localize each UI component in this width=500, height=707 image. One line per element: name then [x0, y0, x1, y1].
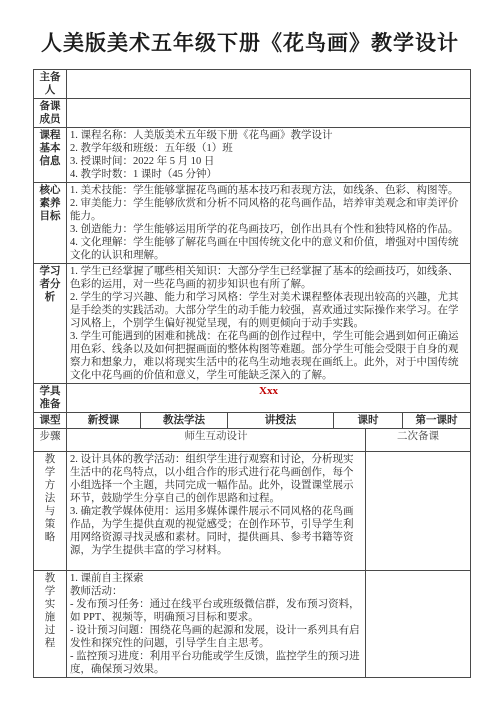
implementation-content: 1. 课前自主探索 教师活动： - 发布预习任务：通过在线平台或班级微信群，发布… [67, 571, 366, 678]
materials-placeholder-value: Xxx [259, 385, 278, 397]
core-goal-item: 4. 文化理解：学生能够了解花鸟画在中国传统文化中的意义和价值，增强对中国传统文… [70, 236, 467, 262]
table-row-course-info: 课程 基本 信息 1. 课程名称：人美版美术五年级下册《花鸟画》教学设计 2. … [34, 128, 471, 183]
teaching-methods-second-prep-cell [366, 452, 471, 571]
implementation-second-prep-cell [366, 571, 471, 678]
course-info-line: 4. 教学时数：1 课时（45 分钟） [70, 168, 467, 181]
period-label: 课时 [334, 413, 403, 429]
course-type-label: 课型 [34, 413, 67, 429]
period-value: 第一课时 [403, 413, 471, 429]
teaching-methods-content: 2. 设计具体的教学活动：组织学生进行观察和讨论，分析现实生活中的花鸟特点，以小… [67, 452, 366, 571]
table-row-teaching-methods: 教 学 方 法 与 策 略 2. 设计具体的教学活动：组织学生进行观察和讨论，分… [34, 452, 471, 571]
second-prep-header: 二次备课 [366, 429, 471, 452]
core-goal-item: 2. 审美能力：学生能够欣赏和分析不同风格的花鸟画作品，培养审美观念和审美评价能… [70, 197, 467, 223]
core-goal-item: 1. 美术技能：学生能够掌握花鸟画的基本技巧和表现方法，如线条、色彩、构图等。 [70, 184, 467, 197]
prep-members-value [67, 99, 471, 128]
materials-label: 学具 准备 [34, 384, 67, 413]
table-row-implementation: 教 学 实 施 过 程 1. 课前自主探索 教师活动： - 发布预习任务：通过在… [34, 571, 471, 678]
lesson-plan-table: 主备人 备课 成员 课程 基本 信息 1. 课程名称：人美版美术五年级下册《花鸟… [33, 69, 471, 678]
table-row-prep-members: 备课 成员 [34, 99, 471, 128]
prep-members-label: 备课 成员 [34, 99, 67, 128]
learner-analysis-content: 1. 学生已经掌握了哪些相关知识：大部分学生已经掌握了基本的绘画技巧，如线条、色… [67, 264, 471, 384]
interaction-design-header: 师生互动设计 [67, 429, 366, 452]
core-goals-content: 1. 美术技能：学生能够掌握花鸟画的基本技巧和表现方法，如线条、色彩、构图等。 … [67, 183, 471, 264]
learner-analysis-item: 1. 学生已经掌握了哪些相关知识：大部分学生已经掌握了基本的绘画技巧，如线条、色… [70, 265, 467, 291]
page-title: 人美版美术五年级下册《花鸟画》教学设计 [10, 30, 490, 56]
table-row-course-type: 课型 新授课 教法学法 讲授法 课时 第一课时 [34, 413, 471, 429]
table-row-core-goals: 核心 素养 目标 1. 美术技能：学生能够掌握花鸟画的基本技巧和表现方法，如线条… [34, 183, 471, 264]
document-page: 人美版美术五年级下册《花鸟画》教学设计 主备人 备课 成员 课程 基本 信息 1… [0, 0, 500, 707]
implementation-bullet: - 监控预习进度：利用平台功能或学生反馈，监控学生的预习进度，确保预习效果。 [70, 650, 362, 676]
table-row-lead-preparer: 主备人 [34, 70, 471, 99]
teaching-methods-item: 3. 确定教学媒体使用：运用多媒体课件展示不同风格的花鸟画作品，为学生提供直观的… [70, 505, 362, 557]
course-info-line: 2. 教学年级和班级：五年级（1）班 [70, 142, 467, 155]
implementation-bullet: - 发布预习任务：通过在线平台或班级微信群，发布预习资料，如 PPT、视频等，明… [70, 598, 362, 624]
teaching-method-label: 教法学法 [141, 413, 228, 429]
teaching-methods-label: 教 学 方 法 与 策 略 [34, 452, 67, 571]
implementation-subheading: 教师活动： [70, 585, 362, 598]
learner-analysis-label: 学习 者分 析 [34, 264, 67, 384]
table-row-materials: 学具 准备 Xxx [34, 384, 471, 413]
implementation-bullet: - 设计预习问题：围绕花鸟画的起源和发展，设计一系列具有启发性和探究性的问题，引… [70, 624, 362, 650]
table-row-steps-header: 步骤 师生互动设计 二次备课 [34, 429, 471, 452]
learner-analysis-item: 2. 学生的学习兴趣、能力和学习风格：学生对美术课程整体表现出较高的兴趣，尤其是… [70, 291, 467, 330]
materials-content: Xxx [67, 384, 471, 413]
learner-analysis-item: 3. 学生可能遇到的困难和挑战：在花鸟画的创作过程中，学生可能会遇到如何正确运用… [70, 330, 467, 382]
implementation-label: 教 学 实 施 过 程 [34, 571, 67, 678]
steps-header-label: 步骤 [34, 429, 67, 452]
lead-preparer-label: 主备人 [34, 70, 67, 99]
course-info-label: 课程 基本 信息 [34, 128, 67, 183]
core-goals-label: 核心 素养 目标 [34, 183, 67, 264]
course-info-line: 3. 授课时间：2022 年 5 月 10 日 [70, 155, 467, 168]
implementation-heading: 1. 课前自主探索 [70, 572, 362, 585]
course-type-value: 新授课 [67, 413, 141, 429]
course-info-line: 1. 课程名称：人美版美术五年级下册《花鸟画》教学设计 [70, 129, 467, 142]
lead-preparer-value [67, 70, 471, 99]
teaching-methods-item: 2. 设计具体的教学活动：组织学生进行观察和讨论，分析现实生活中的花鸟特点，以小… [70, 453, 362, 505]
core-goal-item: 3. 创造能力：学生能够运用所学的花鸟画技巧，创作出具有个性和独特风格的作品。 [70, 223, 467, 236]
table-row-learner-analysis: 学习 者分 析 1. 学生已经掌握了哪些相关知识：大部分学生已经掌握了基本的绘画… [34, 264, 471, 384]
course-info-content: 1. 课程名称：人美版美术五年级下册《花鸟画》教学设计 2. 教学年级和班级：五… [67, 128, 471, 183]
teaching-method-value: 讲授法 [228, 413, 334, 429]
